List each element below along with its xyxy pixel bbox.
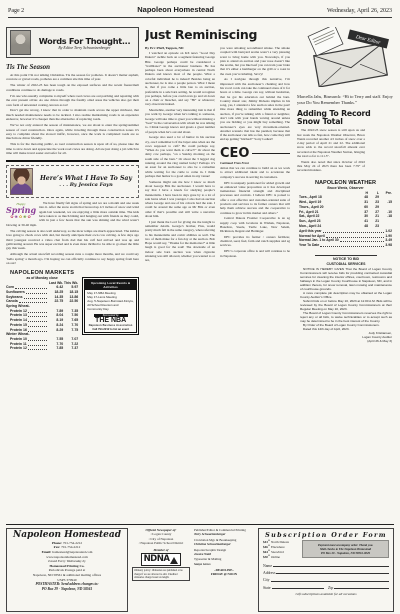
continued-from-front-label: Continued From Front (220, 161, 290, 165)
nba-events-ad: Upcoming Local Events & Activities May 1… (84, 279, 137, 334)
article-paragraph: Someone might ask me how I know so much … (145, 180, 215, 219)
fill-in-line (273, 564, 389, 567)
article-paragraph: Central Dakota Frontier Cooperative is a… (220, 216, 290, 233)
middle-column: Just Reminiscing By Erv Pfaff, Tappen, N… (145, 27, 291, 519)
article-paragraph: DFC provides its farmer / owners fertili… (220, 235, 290, 248)
official-newspaper-box: Official Newspaper of: ~Logan County ~Ci… (132, 528, 190, 612)
article-paragraph: dation that we can continue to build on … (220, 166, 290, 179)
issue-date: Wednesday, April 26, 2023 (327, 8, 392, 14)
payment-instructions: Payment must accompany order. Thank you.… (302, 540, 389, 558)
napoleon-markets-table: NAPOLEON MARKETS as of Monday close Last… (6, 270, 78, 352)
form-field-address: Address (263, 571, 389, 575)
just-reminiscing-byline: By Erv Pfaff, Tappen, ND (145, 46, 215, 50)
obituary-policy: Obituary policy: Obituaries are publishe… (132, 567, 190, 581)
email-address: homestead@napoleonnd.com (52, 550, 92, 554)
notice-headline: NOTICE TO BID CUSTODIAL SERVICES (315, 255, 377, 266)
nba-name: THE NBA (85, 317, 136, 324)
form-field-state: State (263, 586, 324, 590)
article-paragraph: I watched an episode on KX news “Good Da… (145, 51, 215, 107)
weather-summary-row: Year To Date3.98 (299, 243, 392, 248)
fill-in-line (276, 571, 389, 574)
article-paragraph: I just thank the Lord for giving me the … (145, 220, 215, 263)
article-paragraph: The calving season is also well underway… (6, 229, 139, 251)
subscription-order-form: Subscription Order Form $4300 North Dako… (258, 528, 394, 612)
article-paragraph: As I navigate through this narrative, I’… (220, 77, 290, 141)
ceo-headline-row: CEO (220, 147, 290, 160)
newspaper-page: Page 2 Napoleon Homestead Wednesday, Apr… (0, 0, 400, 614)
section-divider (6, 160, 139, 162)
subscription-title: Subscription Order Form (263, 531, 389, 539)
article-paragraph: Although the actual snowfall recording s… (6, 252, 139, 265)
words-for-thought-box: Words For Thought... By Editor Terry Sch… (6, 27, 139, 58)
mountain-icon (170, 557, 178, 564)
flower-icons: ✿❀✿❀✿ (6, 214, 36, 219)
staff-name: Sonya Gross (194, 562, 254, 566)
gift-subscriptions-note: Gift subscriptions available for all occ… (263, 592, 389, 596)
spring-clipart-word: Spring (6, 206, 36, 214)
page-header: Page 2 Napoleon Homestead Wednesday, Apr… (8, 5, 392, 18)
heres-what-box: Here’s What I Have To Say . . . By Jessi… (6, 165, 139, 198)
editor-photo (10, 30, 31, 55)
article-paragraph: At this point I’m not talking Christmas.… (6, 73, 139, 82)
nba-subname: Napoleon Business Association (85, 324, 136, 327)
price-item: $3000 Online (263, 555, 299, 560)
snow-total-headline: Adding To Record Snow Total (297, 110, 394, 126)
form-field-city: City (263, 578, 389, 582)
heres-what-title: Here’s What I Have To Say (37, 175, 135, 182)
nba-phone: Call 794-2212 to list an event (85, 328, 136, 331)
article-paragraph: The winter of 2022-23 has been tough on … (6, 83, 139, 92)
masthead-name: Napoleon Homestead (9, 531, 125, 541)
subscription-prices: $4300 North Dakota $4600 Elsewhere $6400… (263, 540, 299, 560)
staff-name: Terry Schwartzenberger (194, 532, 254, 536)
staff-name: Christine Schwartzenberger (194, 542, 254, 546)
ad-header: Upcoming Local Events & Activities (85, 280, 136, 290)
just-reminiscing-col2: you were smoking secondhand smoke. The s… (220, 46, 290, 264)
article-paragraph: The 2022/23 snow season is still upon us… (297, 128, 365, 158)
staff-box: Publisher/Editor & Commercial Printing T… (194, 528, 254, 612)
markets-column-headers: Last Wk. This Wk. (6, 281, 78, 285)
deadline-note: –DEADLINE– FRIDAY @ NOON (194, 568, 254, 576)
spring-clipart: Happy Spring ✿❀✿❀✿ (6, 202, 36, 219)
official-item: ~Napoleon Public School District (132, 541, 190, 545)
staff-name: Jessica Wald (194, 552, 254, 556)
form-field-zip: Zip (328, 586, 389, 590)
article-paragraph: Meanwhile, another very interesting trai… (145, 108, 215, 134)
notice-signature: (April 26 & May 3) (300, 339, 392, 343)
napoleon-weather-table: NAPOLEON WEATHER Bruce Wentz, Observer H… (299, 180, 392, 248)
headline-rule (252, 153, 290, 154)
notice-paragraph: Submit bids on or before May 10, 2023 at… (300, 299, 392, 311)
markets-title: NAPOLEON MARKETS (6, 270, 78, 276)
article-paragraph: DFC’s corporate office is and will conti… (220, 249, 290, 258)
article-paragraph: This is for the motoring public, as road… (6, 142, 139, 155)
article-paragraph: George also used a lot of humor in his a… (145, 135, 215, 178)
left-column: Words For Thought... By Editor Terry Sch… (6, 27, 139, 519)
article-paragraph: you were smoking secondhand smoke. The s… (220, 46, 290, 76)
form-field-name: Name (263, 564, 389, 568)
article-paragraph: Don’t get me wrong, I know that in order… (6, 108, 139, 121)
dear-editor-graphic: Dear Editor (298, 27, 394, 92)
fill-in-line (272, 586, 324, 589)
tis-the-season-headline: Tis The Season (6, 63, 139, 71)
words-for-thought-byline: By Editor Terry Schwartzenberger (34, 46, 135, 50)
fill-in-line (334, 586, 389, 589)
ndna-logo: NDNA (141, 553, 182, 566)
notice-paragraph: NOTICE IS HEREBY GIVEN That the Board of… (300, 267, 392, 291)
page-number: Page 2 (8, 8, 24, 14)
event-item: Aug. 5-Napoleon-Burnstad-Kintyre, All Sc… (87, 299, 134, 311)
ceo-headline: CEO (220, 147, 249, 160)
letter-to-editor: Marcella Jahs, Bismarck: “Hi to Terry an… (297, 94, 394, 105)
envelope-icon: Dear Editor (298, 27, 394, 87)
article-paragraph: DFC is uniquely positioned for added gro… (220, 181, 290, 215)
masthead-box: Napoleon Homestead Phone: 701-754-2212 F… (6, 528, 128, 612)
heres-what-byline: . . . By Jessica Fayn (37, 182, 135, 188)
newspaper-title: Napoleon Homestead (137, 5, 214, 14)
bottom-band: Napoleon Homestead Phone: 701-754-2212 F… (6, 524, 394, 612)
just-reminiscing-headline: Just Reminiscing (145, 27, 291, 42)
notice-paragraph: The Board of Logan County Commissioners … (300, 311, 392, 323)
words-for-thought-title: Words For Thought... (34, 36, 135, 46)
right-column: Dear Editor Marcella Jahs, Bismarck: “Hi… (297, 27, 394, 519)
article-paragraph: I’m one who usually complains to myself … (6, 94, 139, 107)
markets-subtitle: as of Monday close (6, 276, 78, 280)
just-reminiscing-col1: By Erv Pfaff, Tappen, ND I watched an ep… (145, 46, 215, 264)
notice-paragraph: A more complete job description may be o… (300, 291, 392, 299)
table-row: Protein 127.857.37 (6, 346, 78, 351)
article-paragraph: We’ve not only entered the season of mai… (6, 123, 139, 141)
weather-observer: Bruce Wentz, Observer (299, 186, 392, 190)
fill-in-line (271, 578, 389, 581)
notice-to-bid: NOTICE TO BID CUSTODIAL SERVICES NOTICE … (300, 255, 392, 343)
article-paragraph: Wentz also noted that since October of 2… (297, 160, 365, 173)
columnist-photo (10, 168, 33, 195)
